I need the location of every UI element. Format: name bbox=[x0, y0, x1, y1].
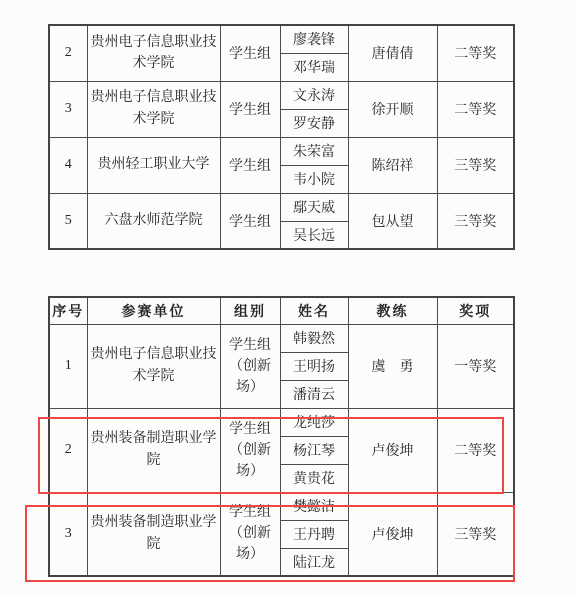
column-header-award: 奖项 bbox=[437, 297, 514, 324]
cell-unit: 贵州装备制造职业学院 bbox=[87, 408, 220, 492]
column-header-name: 姓名 bbox=[280, 297, 348, 324]
cell-name: 廖袭锋 bbox=[280, 25, 348, 53]
cell-name: 朱荣富 bbox=[280, 137, 348, 165]
table-row: 1 贵州电子信息职业技术学院 学生组 （创新 场） 韩毅然 虞 勇 一等奖 bbox=[49, 324, 514, 352]
cell-award: 三等奖 bbox=[437, 492, 514, 576]
cell-award: 三等奖 bbox=[437, 193, 514, 249]
cell-name: 罗安静 bbox=[280, 109, 348, 137]
cell-award: 二等奖 bbox=[437, 408, 514, 492]
cell-name: 王明扬 bbox=[280, 352, 348, 380]
cell-group: 学生组 （创新 场） bbox=[220, 408, 280, 492]
cell-name: 吴长远 bbox=[280, 221, 348, 249]
cell-no: 2 bbox=[49, 408, 87, 492]
table-row: 2 贵州电子信息职业技术学院 学生组 廖袭锋 唐倩倩 二等奖 bbox=[49, 25, 514, 53]
cell-group: 学生组 bbox=[220, 137, 280, 193]
table-row: 5 六盘水师范学院 学生组 鄢天威 包从望 三等奖 bbox=[49, 193, 514, 221]
cell-unit: 六盘水师范学院 bbox=[87, 193, 220, 249]
cell-no: 3 bbox=[49, 492, 87, 576]
column-header-no: 序号 bbox=[49, 297, 87, 324]
cell-award: 二等奖 bbox=[437, 81, 514, 137]
cell-group: 学生组 bbox=[220, 81, 280, 137]
cell-name: 韦小院 bbox=[280, 165, 348, 193]
award-table-student-group: 2 贵州电子信息职业技术学院 学生组 廖袭锋 唐倩倩 二等奖 邓华瑞 3 贵州电… bbox=[48, 24, 515, 250]
cell-name: 鄢天威 bbox=[280, 193, 348, 221]
cell-group: 学生组 （创新 场） bbox=[220, 324, 280, 408]
cell-group: 学生组 bbox=[220, 193, 280, 249]
cell-name: 陆江龙 bbox=[280, 548, 348, 576]
column-header-unit: 参赛单位 bbox=[87, 297, 220, 324]
cell-no: 4 bbox=[49, 137, 87, 193]
cell-name: 邓华瑞 bbox=[280, 53, 348, 81]
table-row: 4 贵州轻工职业大学 学生组 朱荣富 陈绍祥 三等奖 bbox=[49, 137, 514, 165]
column-header-group: 组别 bbox=[220, 297, 280, 324]
cell-unit: 贵州电子信息职业技术学院 bbox=[87, 324, 220, 408]
cell-award: 二等奖 bbox=[437, 25, 514, 81]
cell-name: 杨江琴 bbox=[280, 436, 348, 464]
cell-unit: 贵州装备制造职业学院 bbox=[87, 492, 220, 576]
cell-unit: 贵州电子信息职业技术学院 bbox=[87, 81, 220, 137]
cell-award: 三等奖 bbox=[437, 137, 514, 193]
cell-unit: 贵州电子信息职业技术学院 bbox=[87, 25, 220, 81]
cell-unit: 贵州轻工职业大学 bbox=[87, 137, 220, 193]
cell-coach: 包从望 bbox=[348, 193, 437, 249]
cell-group: 学生组 bbox=[220, 25, 280, 81]
cell-coach: 唐倩倩 bbox=[348, 25, 437, 81]
cell-coach: 陈绍祥 bbox=[348, 137, 437, 193]
cell-name: 文永涛 bbox=[280, 81, 348, 109]
cell-name: 黄贵花 bbox=[280, 464, 348, 492]
cell-name: 王丹聘 bbox=[280, 520, 348, 548]
column-header-coach: 教练 bbox=[348, 297, 437, 324]
cell-no: 3 bbox=[49, 81, 87, 137]
header-row: 序号 参赛单位 组别 姓名 教练 奖项 bbox=[49, 297, 514, 324]
award-table-innovation-group: 序号 参赛单位 组别 姓名 教练 奖项 1 贵州电子信息职业技术学院 学生组 （… bbox=[48, 296, 515, 577]
table-row: 3 贵州电子信息职业技术学院 学生组 文永涛 徐开顺 二等奖 bbox=[49, 81, 514, 109]
cell-coach: 虞 勇 bbox=[348, 324, 437, 408]
cell-no: 2 bbox=[49, 25, 87, 81]
cell-no: 1 bbox=[49, 324, 87, 408]
cell-name: 韩毅然 bbox=[280, 324, 348, 352]
cell-name: 潘清云 bbox=[280, 380, 348, 408]
cell-group: 学生组 （创新 场） bbox=[220, 492, 280, 576]
cell-coach: 卢俊坤 bbox=[348, 408, 437, 492]
table-row: 3 贵州装备制造职业学院 学生组 （创新 场） 樊懿洁 卢俊坤 三等奖 bbox=[49, 492, 514, 520]
cell-no: 5 bbox=[49, 193, 87, 249]
cell-coach: 徐开顺 bbox=[348, 81, 437, 137]
table-row: 2 贵州装备制造职业学院 学生组 （创新 场） 龙纯莎 卢俊坤 二等奖 bbox=[49, 408, 514, 436]
cell-award: 一等奖 bbox=[437, 324, 514, 408]
cell-name: 龙纯莎 bbox=[280, 408, 348, 436]
cell-coach: 卢俊坤 bbox=[348, 492, 437, 576]
cell-name: 樊懿洁 bbox=[280, 492, 348, 520]
